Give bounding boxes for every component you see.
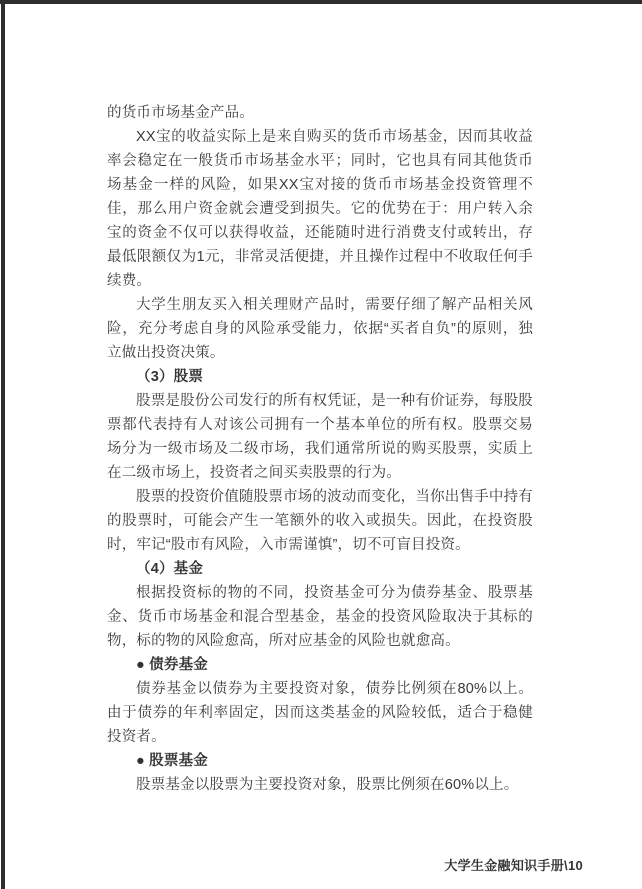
bullet-heading-stock-funds: ● 股票基金 [107, 749, 533, 773]
text-line: 在二级市场上，投资者之间买卖股票的行为。 [107, 461, 533, 485]
text-line: 投资者。 [107, 725, 533, 749]
text-line: 的股票时，可能会产生一笔额外的收入或损失。因此，在投资股票 [107, 509, 533, 533]
text-line: 债券基金以债券为主要投资对象，债券比例须在80%以上。 [107, 677, 533, 701]
text-line: 根据投资标的物的不同，投资基金可分为债券基金、股票基 [107, 581, 533, 605]
text-line: 率会稳定在一般货币市场基金水平；同时，它也具有同其他货币市 [107, 149, 533, 173]
bullet-heading-bond-funds: ● 债券基金 [107, 653, 533, 677]
text-line: 宝的资金不仅可以获得收益，还能随时进行消费支付或转出，存取 [107, 221, 533, 245]
text-line: 大学生朋友买入相关理财产品时，需要仔细了解产品相关风 [107, 293, 533, 317]
text-line: 物，标的物的风险愈高，所对应基金的风险也就愈高。 [107, 629, 533, 653]
text-line: 立做出投资决策。 [107, 341, 533, 365]
text-line: 续费。 [107, 269, 533, 293]
section-heading-stocks: （3）股票 [107, 365, 533, 389]
text-line: 最低限额仅为1元，非常灵活便捷，并且操作过程中不收取任何手 [107, 245, 533, 269]
text-block: 的货币市场基金产品。XX宝的收益实际上是来自购买的货币市场基金，因而其收益率会稳… [107, 101, 533, 797]
text-line: 险，充分考虑自身的风险承受能力，依据“买者自负”的原则，独 [107, 317, 533, 341]
text-line: 股票是股份公司发行的所有权凭证，是一种有价证券，每股股 [107, 389, 533, 413]
section-heading-funds: （4）基金 [107, 557, 533, 581]
text-line: 股票的投资价值随股票市场的波动而变化，当你出售手中持有 [107, 485, 533, 509]
text-line: 场基金一样的风险，如果XX宝对接的货币市场基金投资管理不 [107, 173, 533, 197]
text-line: 的货币市场基金产品。 [107, 101, 533, 125]
page-frame-left [1, 0, 5, 889]
text-line: 时，牢记“股市有风险，入市需谨慎”，切不可盲目投资。 [107, 533, 533, 557]
text-line: 股票基金以股票为主要投资对象，股票比例须在60%以上。 [107, 773, 533, 797]
text-line: 场分为一级市场及二级市场，我们通常所说的购买股票，实质上是 [107, 437, 533, 461]
page-footer: 大学生金融知识手册\10 [444, 855, 583, 874]
text-line: 佳，那么用户资金就会遭受到损失。它的优势在于：用户转入余额 [107, 197, 533, 221]
text-line: XX宝的收益实际上是来自购买的货币市场基金，因而其收益 [107, 125, 533, 149]
page-frame-top [0, 0, 642, 4]
text-line: 由于债券的年利率固定，因而这类基金的风险较低，适合于稳健型 [107, 701, 533, 725]
text-line: 金、货币市场基金和混合型基金，基金的投资风险取决于其标的 [107, 605, 533, 629]
text-line: 票都代表持有人对该公司拥有一个基本单位的所有权。股票交易市 [107, 413, 533, 437]
